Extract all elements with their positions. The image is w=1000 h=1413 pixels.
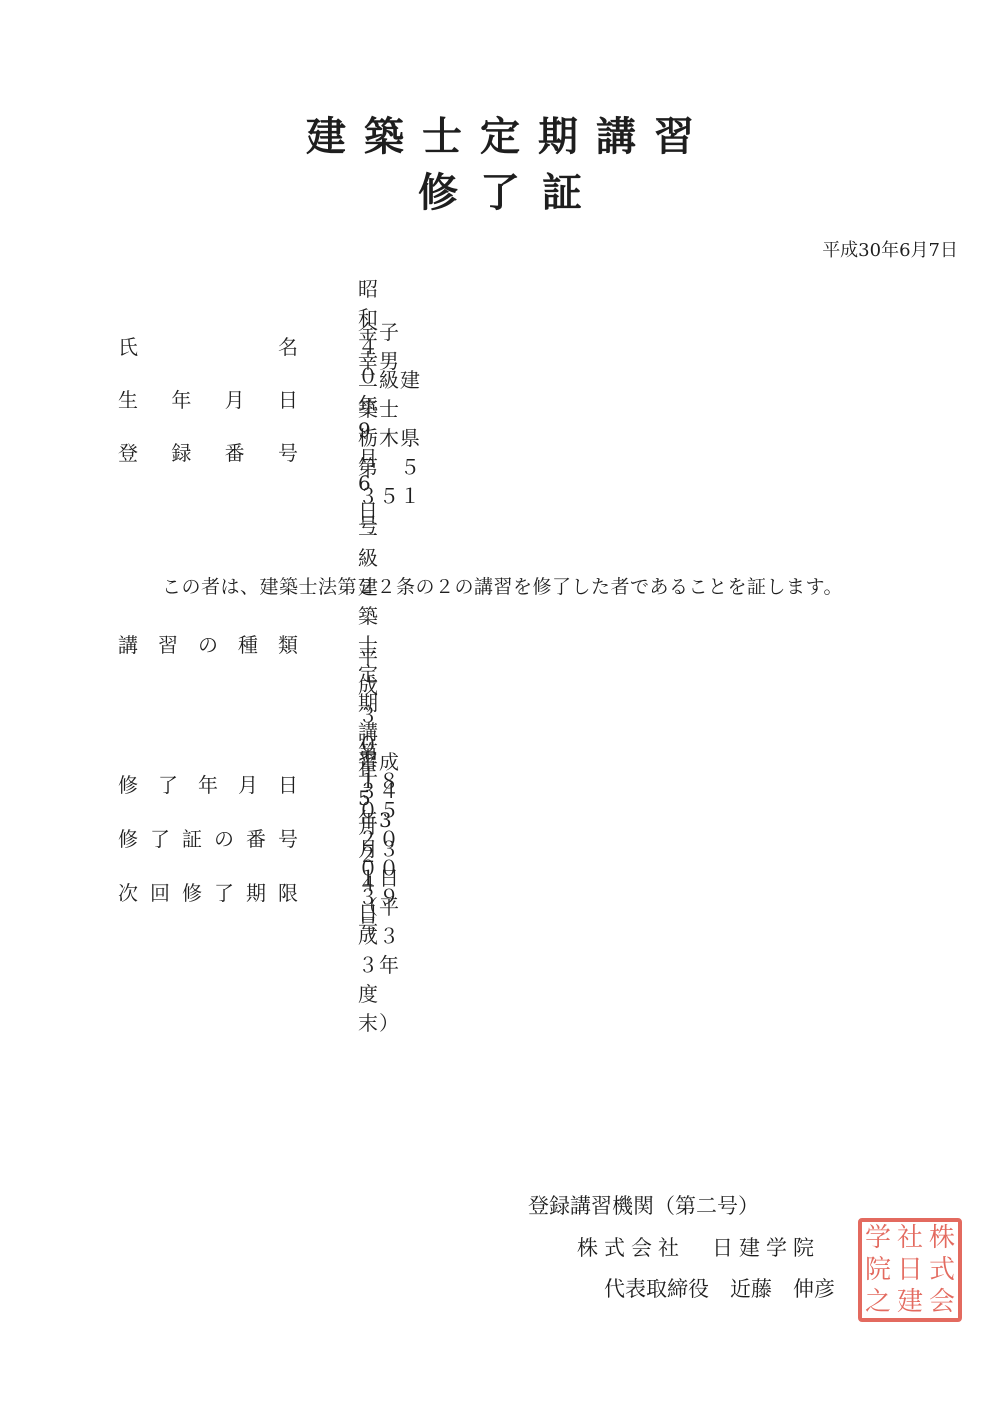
field-value-next-deadline: 平成３４年3月３１日（平成３３年度末）: [358, 746, 400, 1036]
field-label-course-type: 講 習 の 種 類: [118, 629, 298, 658]
certification-statement: この者は、建築士法第２２条の２の講習を修了した者であることを証します。: [162, 572, 843, 599]
field-row-certificate-number: 修 了 証 の 番 号 第 １８０５２０００３９ 号: [118, 822, 298, 852]
field-label-certificate-number: 修 了 証 の 番 号: [118, 823, 298, 852]
field-label-completion-date: 修 了 年 月 日: [118, 769, 298, 798]
certificate-title: 建築士定期講習: [0, 112, 1000, 162]
issuer-representative: 代表取締役 近藤 伸彦: [604, 1273, 835, 1303]
field-label-birthdate: 生 年 月 日: [118, 384, 298, 413]
field-row-registration: 登 録 番 号 二級建築士 栃木県 第 ５３５１ 号: [118, 436, 298, 466]
field-row-course-type: 講 習 の 種 類 二級建築士定期講習: [118, 628, 298, 658]
field-label-registration: 登 録 番 号: [118, 437, 298, 466]
field-label-next-deadline: 次 回 修 了 期 限: [118, 877, 298, 906]
field-row-birthdate: 生 年 月 日 昭和４０年9月6日: [118, 383, 298, 413]
issue-date: 平成30年6月7日: [822, 236, 958, 262]
field-row-next-deadline: 次 回 修 了 期 限 平成３４年3月３１日（平成３３年度末）: [118, 876, 298, 906]
certificate-subtitle: 修了証: [0, 168, 1000, 218]
issuer-company: 株式会社 日建学院: [577, 1232, 820, 1262]
field-row-completion-date: 修 了 年 月 日 平成３０年5月２４日: [118, 768, 298, 798]
field-label-name: 氏 名: [118, 331, 298, 360]
company-seal-icon: 株 式 会 社 日 建 学 院 之: [858, 1218, 962, 1322]
field-row-name: 氏 名 金子 幸男: [118, 330, 298, 360]
issuer-registration: 登録講習機関（第二号）: [528, 1190, 759, 1220]
